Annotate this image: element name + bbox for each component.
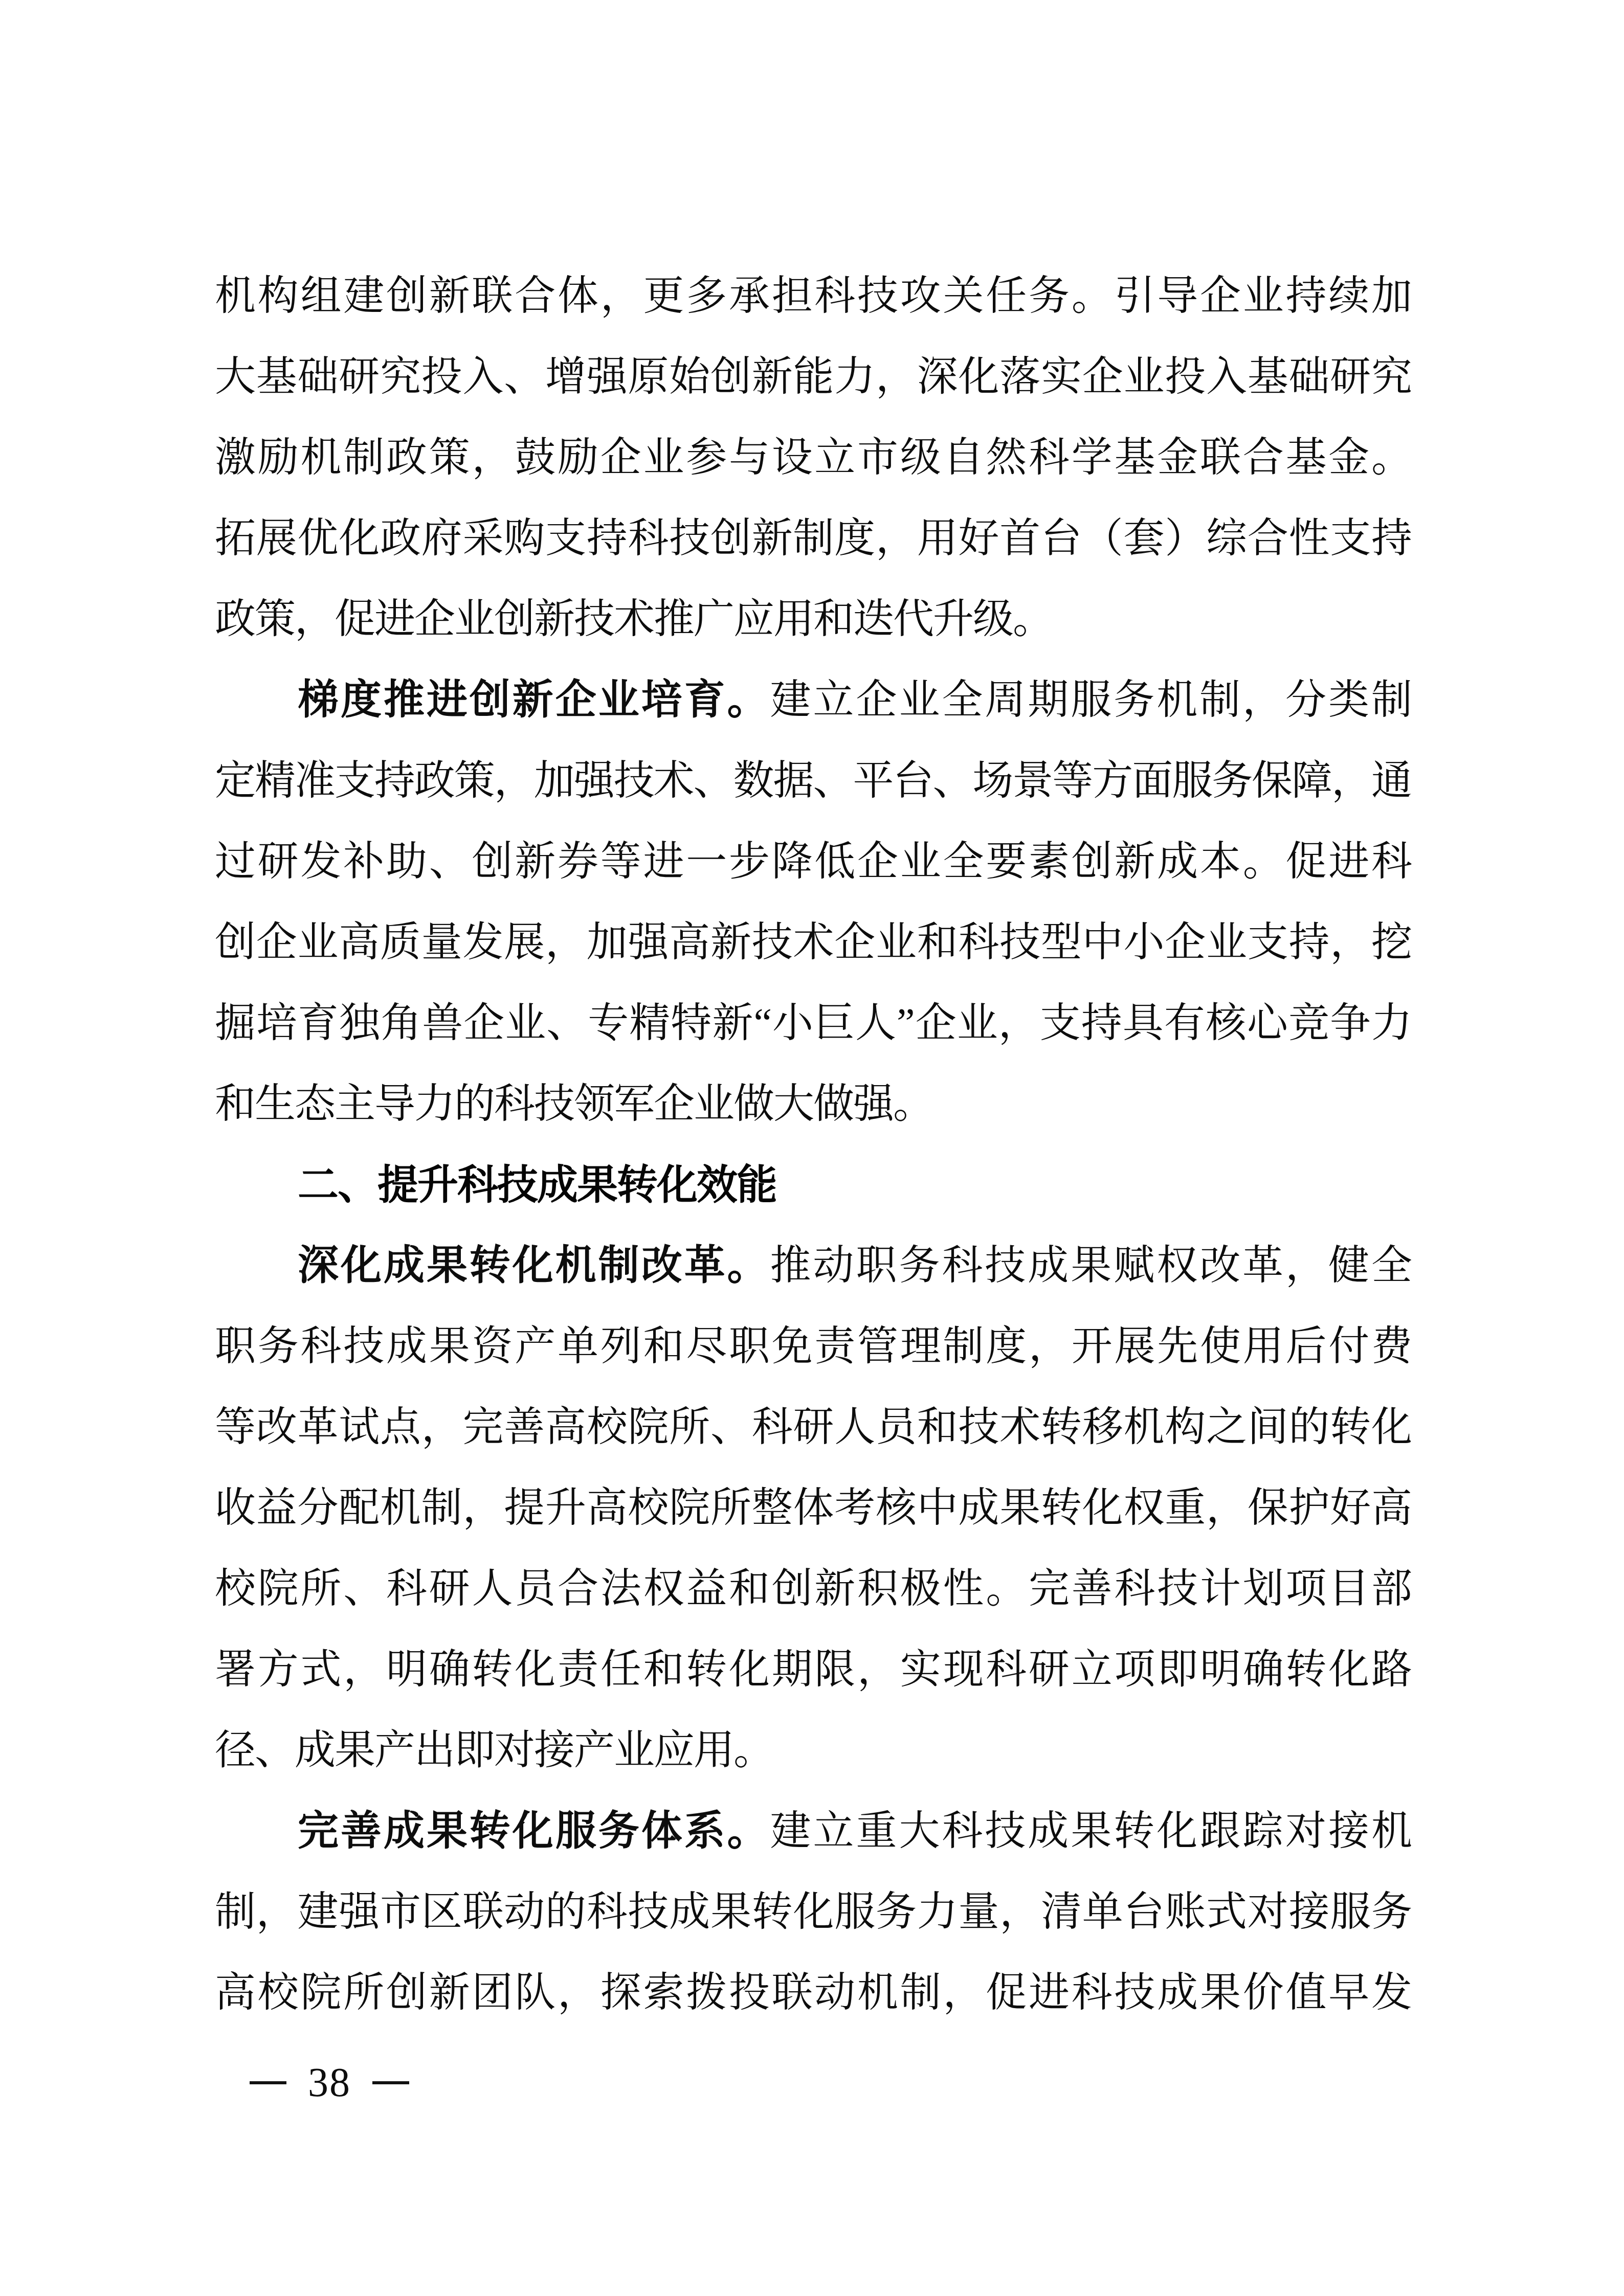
body-line-text: 定精准支持政策，加强技术、数据、平台、场景等方面服务保障，通 [215, 758, 1409, 803]
document-page: 机构组建创新联合体，更多承担科技攻关任务。引导企业持续加 大基础研究投入、增强原… [0, 0, 1624, 2296]
body-line-02: 大基础研究投入、增强原始创新能力，深化落实企业投入基础研究 [215, 336, 1409, 417]
body-line-15: 等改革试点，完善高校院所、科研人员和技术转移机构之间的转化 [215, 1387, 1409, 1468]
body-line-text: 过研发补助、创新券等进一步降低企业全要素创新成本。促进科 [215, 839, 1409, 884]
body-line-06: 梯度推进创新企业培育。建立企业全周期服务机制，分类制 [215, 660, 1409, 740]
body-line-16: 收益分配机制，提升高校院所整体考核中成果转化权重，保护好高 [215, 1468, 1409, 1548]
body-line-18: 署方式，明确转化责任和转化期限，实现科研立项即明确转化路 [215, 1629, 1409, 1710]
body-line-text: 高校院所创新团队，探索拨投联动机制，促进科技成果价值早发 [215, 1970, 1409, 2015]
body-line-19: 径、成果产出即对接产业应用。 [215, 1710, 1409, 1791]
body-line-text: 机构组建创新联合体，更多承担科技攻关任务。引导企业持续加 [215, 274, 1409, 319]
section-heading-text: 二、提升科技成果转化效能 [298, 1162, 776, 1207]
body-line-20: 完善成果转化服务体系。建立重大科技成果转化跟踪对接机 [215, 1791, 1409, 1872]
body-line-text: 和生态主导力的科技领军企业做大做强。 [215, 1082, 933, 1127]
body-line-text: 建立重大科技成果转化跟踪对接机 [770, 1809, 1409, 1854]
body-line-03: 激励机制政策，鼓励企业参与设立市级自然科学基金联合基金。 [215, 417, 1409, 498]
body-line-text: 等改革试点，完善高校院所、科研人员和技术转移机构之间的转化 [215, 1405, 1409, 1450]
footer-dash-left-icon [250, 2081, 286, 2084]
paragraph-lead: 梯度推进创新企业培育。 [298, 678, 770, 723]
body-line-text: 职务科技成果资产单列和尽职免责管理制度，开展先使用后付费 [215, 1324, 1409, 1369]
document-body: 机构组建创新联合体，更多承担科技攻关任务。引导企业持续加 大基础研究投入、增强原… [215, 256, 1409, 2033]
body-line-text: 拓展优化政府采购支持科技创新制度，用好首台（套）综合性支持 [215, 516, 1409, 561]
body-line-text: 制，建强市区联动的科技成果转化服务力量，清单台账式对接服务 [215, 1889, 1409, 1934]
paragraph-lead: 完善成果转化服务体系。 [298, 1809, 770, 1854]
body-line-13: 深化成果转化机制改革。推动职务科技成果赋权改革，健全 [215, 1225, 1409, 1306]
body-line-05: 政策，促进企业创新技术推广应用和迭代升级。 [215, 579, 1409, 660]
section-heading: 二、提升科技成果转化效能 [215, 1144, 1409, 1225]
body-line-11: 和生态主导力的科技领军企业做大做强。 [215, 1064, 1409, 1144]
body-line-text: 建立企业全周期服务机制，分类制 [770, 678, 1409, 723]
body-line-text: 创企业高质量发展，加强高新技术企业和科技型中小企业支持，挖 [215, 920, 1409, 965]
body-line-text: 收益分配机制，提升高校院所整体考核中成果转化权重，保护好高 [215, 1485, 1409, 1530]
body-line-text: 署方式，明确转化责任和转化期限，实现科研立项即明确转化路 [215, 1647, 1409, 1692]
body-line-04: 拓展优化政府采购支持科技创新制度，用好首台（套）综合性支持 [215, 498, 1409, 579]
page-number: 38 [308, 2057, 351, 2108]
body-line-17: 校院所、科研人员合法权益和创新积极性。完善科技计划项目部 [215, 1548, 1409, 1629]
body-line-22: 高校院所创新团队，探索拨投联动机制，促进科技成果价值早发 [215, 1952, 1409, 2033]
body-line-text: 政策，促进企业创新技术推广应用和迭代升级。 [215, 597, 1053, 642]
body-line-text: 激励机制政策，鼓励企业参与设立市级自然科学基金联合基金。 [215, 435, 1409, 480]
body-line-07: 定精准支持政策，加强技术、数据、平台、场景等方面服务保障，通 [215, 740, 1409, 821]
body-line-text: 大基础研究投入、增强原始创新能力，深化落实企业投入基础研究 [215, 354, 1409, 399]
body-line-08: 过研发补助、创新券等进一步降低企业全要素创新成本。促进科 [215, 821, 1409, 902]
footer-dash-right-icon [372, 2081, 409, 2084]
body-line-text: 径、成果产出即对接产业应用。 [215, 1728, 773, 1773]
paragraph-lead: 深化成果转化机制改革。 [298, 1243, 770, 1288]
body-line-21: 制，建强市区联动的科技成果转化服务力量，清单台账式对接服务 [215, 1872, 1409, 1952]
body-line-text: 校院所、科研人员合法权益和创新积极性。完善科技计划项目部 [215, 1566, 1409, 1611]
body-line-text: 掘培育独角兽企业、专精特新“小巨人”企业，支持具有核心竞争力 [215, 1001, 1409, 1046]
body-line-09: 创企业高质量发展，加强高新技术企业和科技型中小企业支持，挖 [215, 902, 1409, 983]
body-line-10: 掘培育独角兽企业、专精特新“小巨人”企业，支持具有核心竞争力 [215, 983, 1409, 1064]
page-footer: 38 [250, 2057, 409, 2108]
body-line-01: 机构组建创新联合体，更多承担科技攻关任务。引导企业持续加 [215, 256, 1409, 336]
body-line-text: 推动职务科技成果赋权改革，健全 [770, 1243, 1409, 1288]
body-line-14: 职务科技成果资产单列和尽职免责管理制度，开展先使用后付费 [215, 1306, 1409, 1387]
